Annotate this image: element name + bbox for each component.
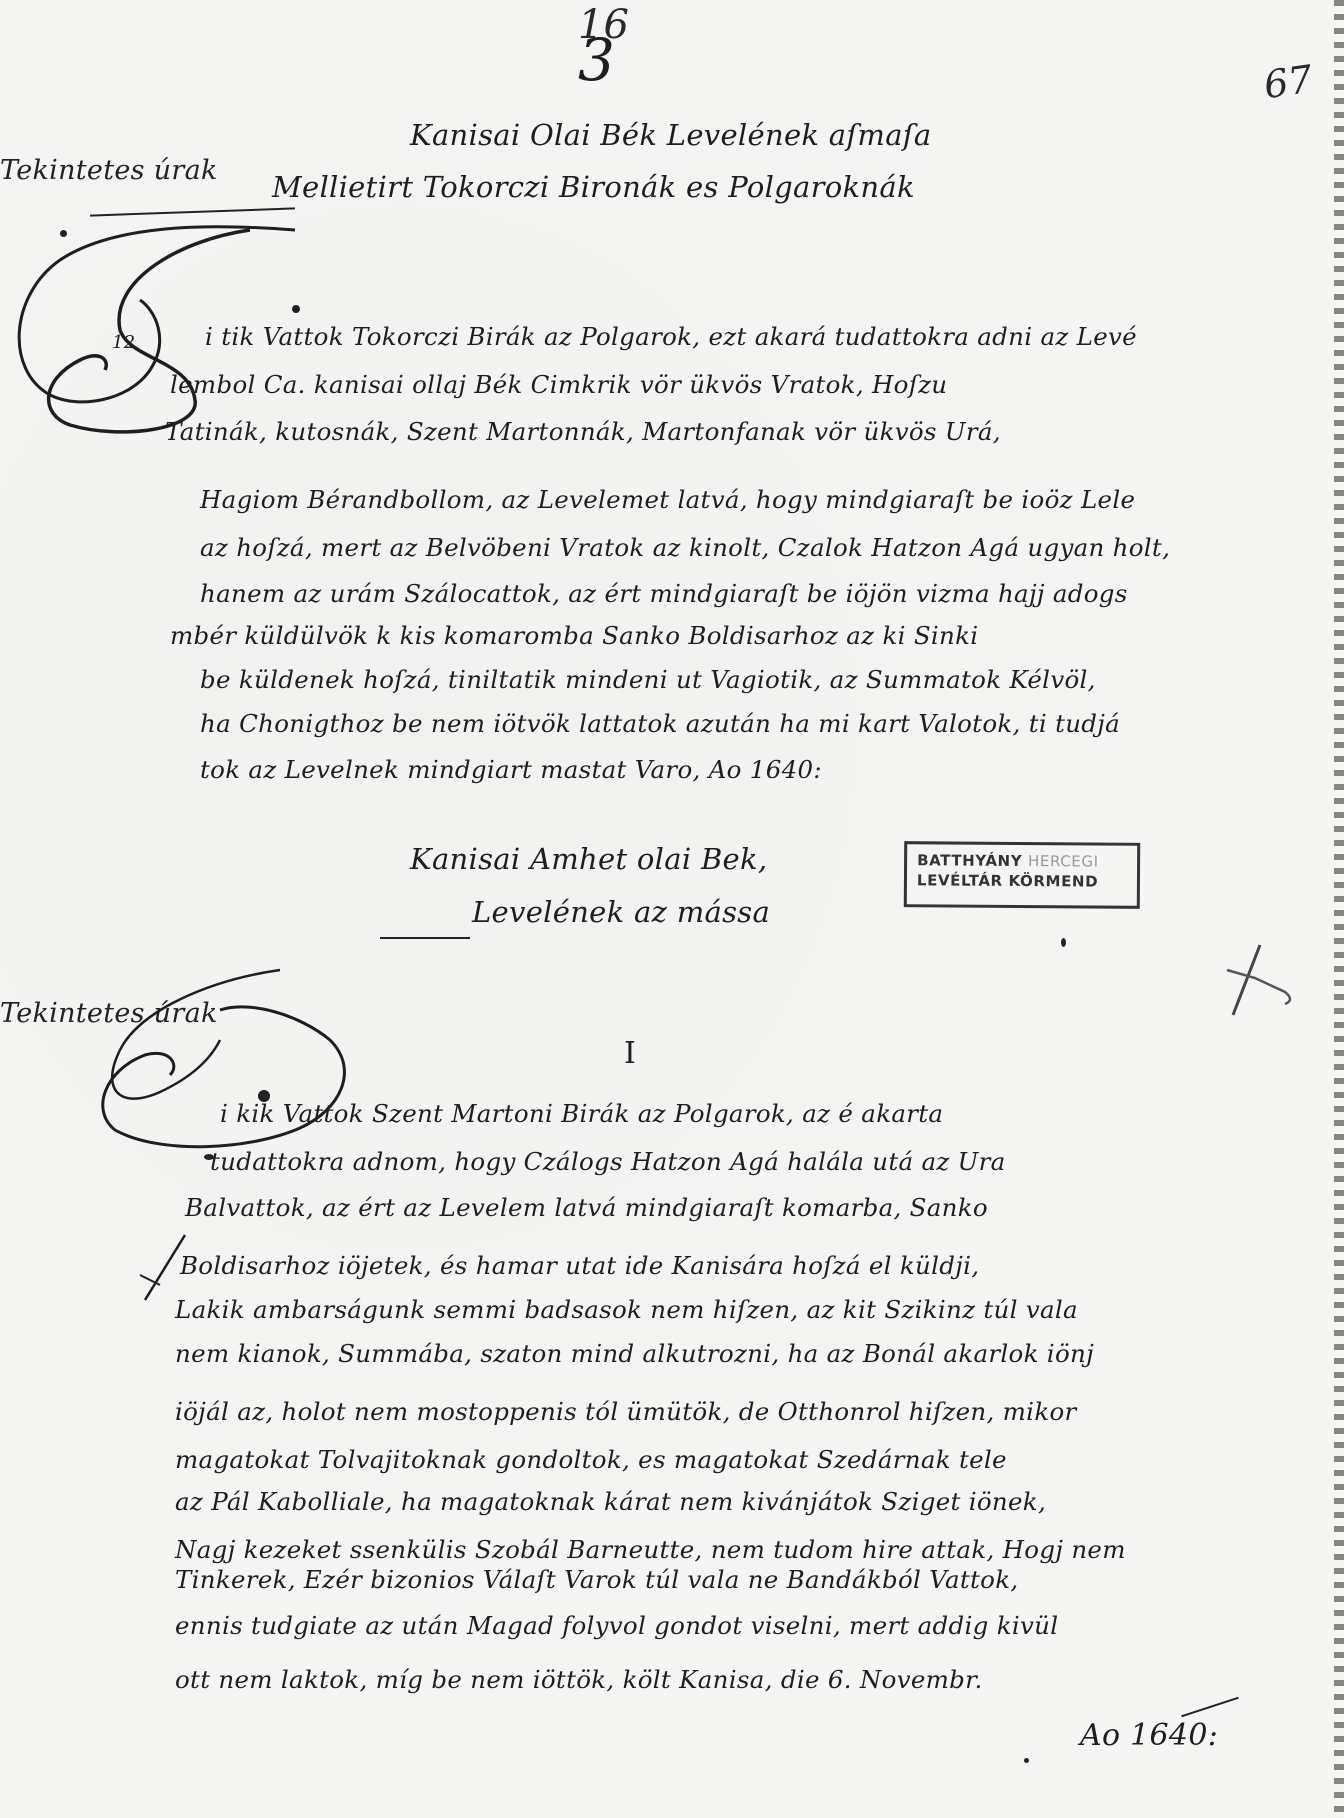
letter-2-body-line: Nagj kezeket ssenkülis Szobál Barneutte,… [175, 1538, 1126, 1563]
ink-speck [1024, 1758, 1029, 1763]
letter-1-body-line: hanem az urám Szálocattok, az ért mindgi… [200, 582, 1128, 607]
ink-speck [60, 230, 67, 237]
title-underline-stroke [380, 937, 470, 939]
archive-stamp: BATTHYÁNY HERCEGI LEVÉLTÁR KÖRMEND [904, 841, 1140, 909]
letter-1-body-line: az hoſzá, mert az Belvöbeni Vratok az ki… [200, 536, 1170, 561]
letter-1-body-line: lembol Ca. kanisai ollaj Bék Cimkrik vör… [170, 373, 947, 398]
letter-1-body-line: mbér küldülvök k kis komaromba Sanko Bol… [170, 624, 978, 649]
letter-2-title-line-1: Kanisai Amhet olai Bek, [410, 842, 767, 876]
letter-2-body-line: Lakik ambarságunk semmi badsasok nem hiſ… [175, 1298, 1078, 1323]
signature-flourish [1181, 1697, 1239, 1717]
letter-1-title-line-1: Kanisai Olai Bék Levelének aſmaſa [410, 118, 931, 152]
letter-2-body-line: i kik Vattok Szent Martoni Birák az Polg… [220, 1102, 943, 1127]
letter-2-body-line: Tinkerek, Ezér bizonios Válaſt Varok túl… [175, 1568, 1018, 1593]
letter-2-body-line: ennis tudgiate az után Magad folyvol gon… [175, 1614, 1058, 1639]
letter-2-body-line: tudattokra adnom, hogy Czálogs Hatzon Ag… [210, 1150, 1006, 1175]
manuscript-page: 16 67 3 Kanisai Olai Bék Levelének aſmaſ… [0, 0, 1344, 1818]
margin-pointer-mark-icon [130, 1230, 190, 1310]
letter-2-body-line: iöjál az, holot nem mostoppenis tól ümüt… [175, 1400, 1077, 1425]
letter-1-body-line: be küldenek hoſzá, tiniltatik mindeni ut… [200, 668, 1096, 693]
stamp-line-1-faded: HERCEGI [1028, 852, 1099, 870]
letter-2-body-line: magatokat Tolvajitoknak gondoltok, es ma… [175, 1448, 1007, 1473]
letter-1-body-line: Tatinák, kutosnák, Szent Martonnák, Mart… [165, 420, 1001, 445]
letter-1-body-line: i tik Vattok Tokorczi Birák az Polgarok,… [205, 325, 1137, 350]
letter-1-initial-note: 12 [112, 332, 136, 353]
stamp-line-2: LEVÉLTÁR KÖRMEND [917, 870, 1129, 891]
letter-2-section-roman: I [624, 1036, 636, 1071]
letter-2-body-line: nem kianok, Summába, szaton mind alkutro… [175, 1342, 1094, 1367]
letter-1-body-line: Hagiom Bérandbollom, az Levelemet latvá,… [200, 488, 1135, 513]
letter-1-title-line-2: Mellietirt Tokorczi Bironák es Polgarokn… [272, 170, 915, 204]
letter-2-title-line-2: Levelének az mássa [472, 895, 770, 929]
page-edge-shadow [1334, 0, 1344, 1818]
section-number: 3 [578, 26, 615, 94]
margin-cross-mark-icon [1215, 940, 1305, 1020]
letter-2-body-line: Boldisarhoz iöjetek, és hamar utat ide K… [180, 1254, 979, 1279]
ink-speck [292, 305, 300, 313]
letter-2-date-signature: Ao 1640: [1080, 1718, 1218, 1753]
folio-number-right: 67 [1261, 57, 1315, 107]
letter-1-margin-note: Tekintetes úrak [0, 155, 218, 186]
ink-speck [1061, 938, 1066, 947]
decorative-initial-s-icon [0, 200, 300, 440]
letter-1-body-line: ha Chonigthoz be nem iötvök lattatok azu… [200, 712, 1120, 737]
letter-2-body-line: Balvattok, az ért az Levelem latvá mindg… [185, 1196, 988, 1221]
stamp-line-1: BATTHYÁNY [917, 851, 1022, 870]
letter-2-body-line: ott nem laktok, míg be nem iöttök, költ … [175, 1668, 983, 1693]
letter-1-body-line: tok az Levelnek mindgiart mastat Varo, A… [200, 758, 822, 783]
letter-2-body-line: az Pál Kabolliale, ha magatoknak kárat n… [175, 1490, 1046, 1515]
